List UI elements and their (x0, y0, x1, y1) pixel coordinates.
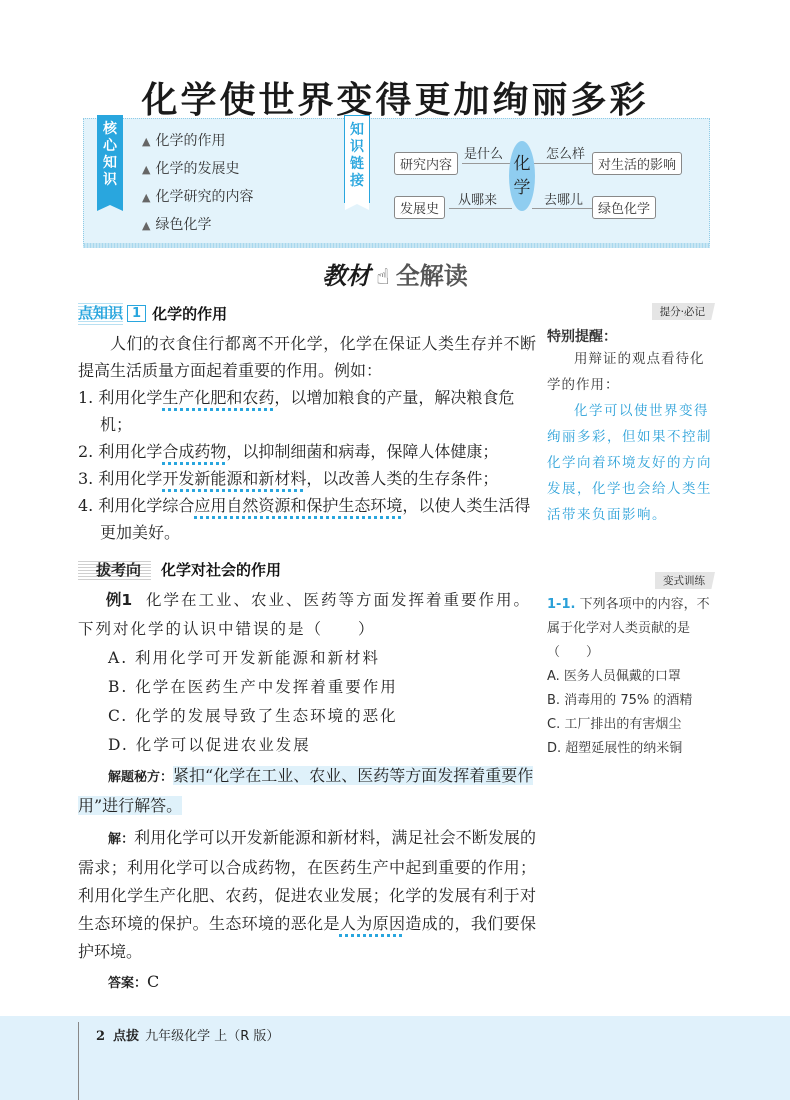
connector-line (532, 208, 594, 209)
intro-paragraph: 人们的衣食住行都离不开化学，化学在保证人类生存并不断提高生活质量方面起着重要的作… (78, 330, 536, 384)
item-prefix: 4. 利用化学综合 (78, 496, 194, 515)
list-item-label: 化学的作用 (155, 133, 225, 149)
knowledge-link-ribbon: 知 识 链 接 (344, 115, 370, 203)
exam-heading: 拔考向 化学对社会的作用 (78, 556, 536, 582)
mind-map: 研究内容 是什么 发展史 从哪来 化 学 怎么样 对生活的影响 去哪儿 绿色化学 (394, 133, 704, 233)
practice-option-b: B. 消毒用的 75% 的酒精 (547, 689, 715, 713)
list-item: ▲化学研究的内容 (142, 183, 253, 211)
answer-value: C (147, 972, 159, 991)
triangle-icon: ▲ (142, 219, 150, 232)
center-char: 学 (514, 176, 531, 200)
note-text: 用辩证的观点看待化学的作用： (547, 346, 715, 398)
center-char: 化 (514, 152, 531, 176)
practice-number: 1-1. (547, 597, 575, 612)
sidebar-note: 提分·必记 特别提醒： 用辩证的观点看待化学的作用： 化学可以使世界变得绚丽多彩… (547, 303, 715, 528)
emphasis-text: 生产化肥和农药 (162, 388, 274, 407)
ribbon-char: 识 (103, 172, 117, 189)
emphasis-text: 应用自然资源和保护生态环境 (194, 496, 402, 515)
ribbon-char: 核 (103, 121, 117, 138)
solution-label: 解： (78, 832, 134, 847)
example-question: 例1 化学在工业、农业、医药等方面发挥着重要作用。下列对化学的认识中错误的是（ … (78, 586, 536, 644)
triangle-icon: ▲ (142, 163, 150, 176)
banner-text: 全解读 (396, 262, 468, 290)
knowledge-point-number: 1 (127, 305, 146, 322)
edge-label: 怎么样 (546, 143, 585, 162)
edge-label: 从哪来 (458, 189, 497, 208)
ribbon-char: 心 (103, 138, 117, 155)
page-footer: 2点拔九年级化学 上（R 版） (0, 1016, 790, 1100)
note-highlight: 化学可以使世界变得绚丽多彩，但如果不控制化学向着环境友好的方向发展，化学也会给人… (547, 398, 715, 528)
list-item: 1. 利用化学生产化肥和农药，以增加粮食的产量，解决粮食危机； (78, 384, 536, 438)
practice-option-d: D. 超塑延展性的纳米铜 (547, 737, 715, 761)
connector-line (449, 208, 512, 209)
answer: 答案：C (78, 968, 536, 998)
item-prefix: 2. 利用化学 (78, 442, 162, 461)
main-column: 点知识 1 化学的作用 人们的衣食住行都离不开化学，化学在保证人类生存并不断提高… (78, 300, 536, 998)
solution: 解：利用化学可以开发新能源和新材料，满足社会不断发展的需求；利用化学可以合成药物… (78, 824, 536, 966)
question-text: 化学在工业、农业、医药等方面发挥着重要作用。下列对化学的认识中错误的是（ ） (78, 591, 531, 638)
knowledge-point-tag: 点知识 (78, 302, 123, 325)
banner-text: 教材 (322, 262, 370, 290)
node-life-impact: 对生活的影响 (592, 152, 682, 175)
page-number: 2 (96, 1029, 105, 1044)
footer-text: 2点拔九年级化学 上（R 版） (96, 1025, 279, 1044)
list-item-label: 化学研究的内容 (155, 189, 253, 205)
node-research-content: 研究内容 (394, 152, 458, 175)
note-tag: 提分·必记 (652, 303, 715, 320)
exam-tag: 拔考向 (78, 559, 151, 580)
pointing-hand-icon: ☝ (376, 265, 389, 290)
connector-line (462, 163, 512, 164)
practice-tag: 变式训练 (655, 572, 715, 589)
list-item: ▲化学的发展史 (142, 155, 253, 183)
exam-title: 化学对社会的作用 (161, 559, 281, 580)
summary-box: 核 心 知 识 ▲化学的作用 ▲化学的发展史 ▲化学研究的内容 ▲绿色化学 知 … (83, 118, 710, 248)
core-knowledge-ribbon: 核 心 知 识 (97, 115, 123, 203)
sidebar-practice: 变式训练 1-1. 下列各项中的内容，不属于化学对人类贡献的是（ ） A. 医务… (547, 572, 715, 761)
ribbon-char: 知 (350, 122, 364, 139)
list-item: 3. 利用化学开发新能源和新材料，以改善人类的生存条件； (78, 465, 536, 492)
example-label: 例1 (106, 591, 132, 609)
ribbon-char: 识 (350, 139, 364, 156)
footer-divider (78, 1022, 79, 1100)
option-d: D. 化学可以促进农业发展 (78, 731, 536, 760)
list-item: 4. 利用化学综合应用自然资源和保护生态环境，以使人类生活得更加美好。 (78, 492, 536, 546)
list-item-label: 化学的发展史 (155, 161, 239, 177)
list-item-label: 绿色化学 (155, 217, 211, 233)
emphasis-text: 开发新能源和新材料 (162, 469, 306, 488)
triangle-icon: ▲ (142, 191, 150, 204)
list-item: ▲化学的作用 (142, 127, 253, 155)
solving-tip: 解题秘方：紧扣“化学在工业、农业、医药等方面发挥着重要作用”进行解答。 (78, 762, 536, 820)
center-node-chemistry: 化 学 (509, 141, 535, 211)
item-suffix: ，以改善人类的生存条件； (306, 469, 498, 488)
edge-label: 是什么 (464, 143, 503, 162)
practice-question: 1-1. 下列各项中的内容，不属于化学对人类贡献的是（ ） (547, 593, 715, 665)
brand-logo: 点拔 (113, 1029, 139, 1044)
triangle-icon: ▲ (142, 135, 150, 148)
item-prefix: 1. 利用化学 (78, 388, 162, 407)
edge-label: 去哪儿 (544, 189, 583, 208)
knowledge-point-heading: 点知识 1 化学的作用 (78, 300, 536, 326)
ribbon-char: 知 (103, 155, 117, 172)
item-prefix: 3. 利用化学 (78, 469, 162, 488)
emphasis-text: 合成药物 (162, 442, 226, 461)
option-b: B. 化学在医药生产中发挥着重要作用 (78, 673, 536, 702)
practice-option-c: C. 工厂排出的有害烟尘 (547, 713, 715, 737)
list-item: 2. 利用化学合成药物，以抑制细菌和病毒，保障人体健康； (78, 438, 536, 465)
ribbon-char: 接 (350, 173, 364, 190)
answer-label: 答案： (78, 976, 147, 991)
node-green-chemistry: 绿色化学 (592, 196, 656, 219)
list-item: ▲绿色化学 (142, 211, 253, 239)
tip-label: 解题秘方： (78, 770, 173, 785)
option-a: A. 利用化学可开发新能源和新材料 (78, 644, 536, 673)
note-title: 特别提醒： (547, 326, 715, 346)
option-c: C. 化学的发展导致了生态环境的恶化 (78, 702, 536, 731)
knowledge-point-title: 化学的作用 (152, 303, 227, 324)
ribbon-char: 链 (350, 156, 364, 173)
core-knowledge-list: ▲化学的作用 ▲化学的发展史 ▲化学研究的内容 ▲绿色化学 (142, 127, 253, 239)
section-banner: 教材☝全解读 (0, 256, 790, 291)
item-suffix: ，以抑制细菌和病毒，保障人体健康； (226, 442, 498, 461)
book-title: 九年级化学 上（R 版） (145, 1029, 279, 1044)
node-history: 发展史 (394, 196, 445, 219)
emphasis-text: 人为原因 (340, 914, 405, 933)
connector-line (532, 163, 594, 164)
practice-option-a: A. 医务人员佩戴的口罩 (547, 665, 715, 689)
